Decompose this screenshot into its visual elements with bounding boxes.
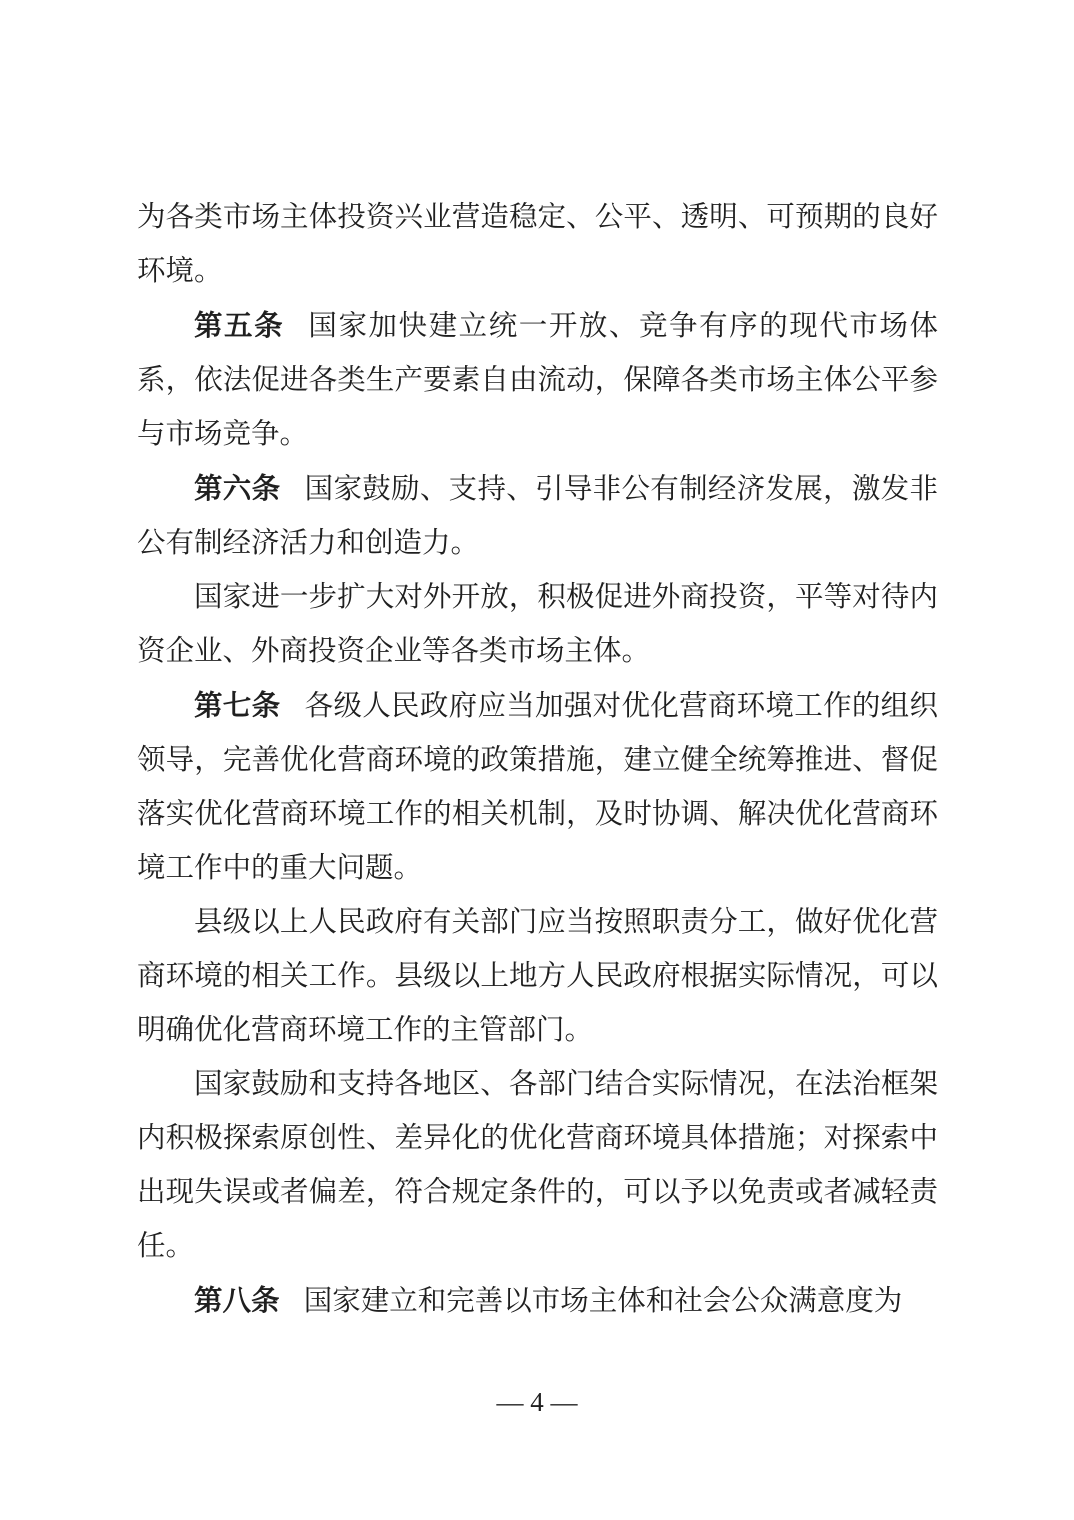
paragraph: 第八条国家建立和完善以市场主体和社会公众满意度为 [137, 1274, 938, 1329]
paragraph: 县级以上人民政府有关部门应当按照职责分工，做好优化营商环境的相关工作。县级以上地… [137, 896, 938, 1058]
paragraph-text: 国家进一步扩大对外开放，积极促进外商投资，平等对待内资企业、外商投资企业等各类市… [137, 582, 938, 667]
article-number: 第五条 [194, 310, 284, 342]
article-number: 第八条 [194, 1285, 280, 1317]
paragraph: 为各类市场主体投资兴业营造稳定、公平、透明、可预期的良好环境。 [137, 191, 938, 299]
paragraph-text: 县级以上人民政府有关部门应当按照职责分工，做好优化营商环境的相关工作。县级以上地… [137, 907, 938, 1046]
paragraph: 国家进一步扩大对外开放，积极促进外商投资，平等对待内资企业、外商投资企业等各类市… [137, 571, 938, 679]
paragraph-text: 国家鼓励和支持各地区、各部门结合实际情况，在法治框架内积极探索原创性、差异化的优… [137, 1069, 938, 1262]
paragraph: 第五条国家加快建立统一开放、竞争有序的现代市场体系，依法促进各类生产要素自由流动… [137, 299, 938, 462]
article-number: 第六条 [194, 473, 280, 505]
paragraph: 第六条国家鼓励、支持、引导非公有制经济发展，激发非公有制经济活力和创造力。 [137, 462, 938, 571]
article-number: 第七条 [194, 690, 280, 722]
page-number: — 4 — [497, 1387, 578, 1417]
paragraph: 第七条各级人民政府应当加强对优化营商环境工作的组织领导，完善优化营商环境的政策措… [137, 679, 938, 896]
paragraph-text: 国家建立和完善以市场主体和社会公众满意度为 [304, 1286, 903, 1317]
paragraph: 国家鼓励和支持各地区、各部门结合实际情况，在法治框架内积极探索原创性、差异化的优… [137, 1058, 938, 1274]
document-page: 为各类市场主体投资兴业营造稳定、公平、透明、可预期的良好环境。 第五条国家加快建… [0, 0, 1074, 1520]
paragraph-text: 为各类市场主体投资兴业营造稳定、公平、透明、可预期的良好环境。 [137, 202, 938, 287]
page-footer: — 4 — [0, 1385, 1074, 1419]
document-body: 为各类市场主体投资兴业营造稳定、公平、透明、可预期的良好环境。 第五条国家加快建… [137, 191, 938, 1329]
